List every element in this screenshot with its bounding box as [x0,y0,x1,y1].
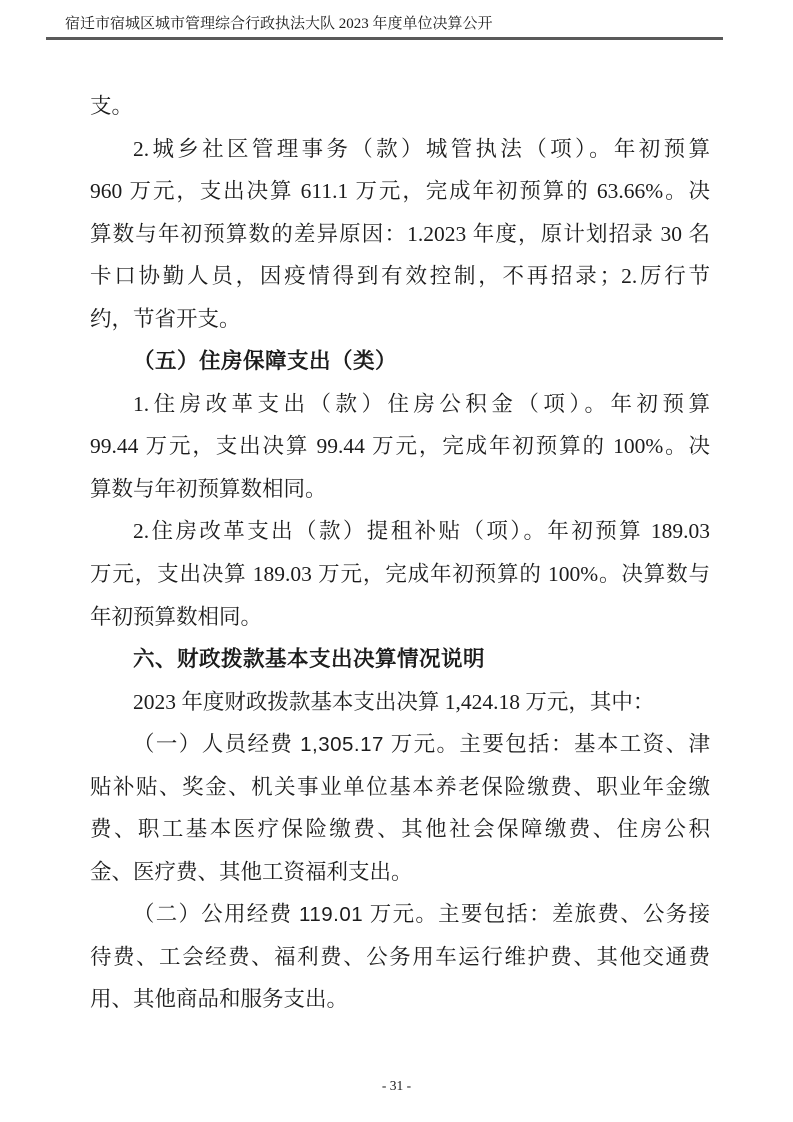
text-line: 99.44 万元，支出决算 99.44 万元，完成年初预算的 100%。决 [90,425,710,468]
text-line: 算数与年初预算数相同。 [90,468,710,511]
text-line: 贴补贴、奖金、机关事业单位基本养老保险缴费、职业年金缴 [90,766,710,809]
text-segment: 用、其他商品和服务支出。 [90,987,348,1011]
text-segment: （一）人员经费 [133,732,300,756]
text-segment: 万元。主要包括：差旅费、公务接 [363,902,710,926]
text-line: 支。 [90,85,710,128]
text-segment: 算数与年初预算数的差异原因：1.2023 年度，原计划招录 30 名 [90,222,710,246]
text-segment: 万元，支出决算 189.03 万元，完成年初预算的 100%。决算数与 [90,562,710,586]
text-line: 约，节省开支。 [90,298,710,341]
text-segment: 金、医疗费、其他工资福利支出。 [90,860,413,884]
document-page: 宿迁市宿城区城市管理综合行政执法大队 2023 年度单位决算公开 支。2.城乡社… [0,0,793,1122]
text-segment: 费、职工基本医疗保险缴费、其他社会保障缴费、住房公积 [90,817,710,841]
text-line: 卡口协勤人员，因疫情得到有效控制，不再招录；2.厉行节 [90,255,710,298]
text-segment: 六、财政拨款基本支出决算情况说明 [133,647,485,671]
text-segment: 待费、工会经费、福利费、公务用车运行维护费、其他交通费 [90,945,710,969]
text-segment: 2.城乡社区管理事务（款）城管执法（项）。年初预算 [133,137,710,161]
text-line: （一）人员经费 1,305.17 万元。主要包括：基本工资、津 [90,723,710,766]
text-segment: （五）住房保障支出（类） [133,349,397,373]
text-line: 算数与年初预算数的差异原因：1.2023 年度，原计划招录 30 名 [90,213,710,256]
document-body: 支。2.城乡社区管理事务（款）城管执法（项）。年初预算960 万元，支出决算 6… [90,85,710,1021]
text-segment: （二）公用经费 [133,902,299,926]
text-segment: 卡口协勤人员，因疫情得到有效控制，不再招录；2.厉行节 [90,264,710,288]
text-segment: 年初预算数相同。 [90,605,262,629]
text-line: 2023 年度财政拨款基本支出决算 1,424.18 万元，其中： [90,681,710,724]
text-line: 1.住房改革支出（款）住房公积金（项）。年初预算 [90,383,710,426]
text-segment: 960 万元，支出决算 611.1 万元，完成年初预算的 63.66%。决 [90,179,710,203]
text-line: 金、医疗费、其他工资福利支出。 [90,851,710,894]
text-segment: 万元。主要包括：基本工资、津 [384,732,710,756]
text-segment: 约，节省开支。 [90,307,241,331]
text-line: （二）公用经费 119.01 万元。主要包括：差旅费、公务接 [90,893,710,936]
text-segment: 1.住房改革支出（款）住房公积金（项）。年初预算 [133,392,710,416]
text-line: 960 万元，支出决算 611.1 万元，完成年初预算的 63.66%。决 [90,170,710,213]
section-heading: （五）住房保障支出（类） [90,340,710,383]
text-line: 待费、工会经费、福利费、公务用车运行维护费、其他交通费 [90,936,710,979]
section-heading: 六、财政拨款基本支出决算情况说明 [90,638,710,681]
text-segment: 99.44 万元，支出决算 99.44 万元，完成年初预算的 100%。决 [90,434,710,458]
text-line: 2.住房改革支出（款）提租补贴（项）。年初预算 189.03 [90,510,710,553]
page-header-title: 宿迁市宿城区城市管理综合行政执法大队 2023 年度单位决算公开 [65,14,493,34]
text-segment: 算数与年初预算数相同。 [90,477,327,501]
text-segment: 贴补贴、奖金、机关事业单位基本养老保险缴费、职业年金缴 [90,775,710,799]
text-segment: 支。 [90,94,133,118]
text-line: 年初预算数相同。 [90,596,710,639]
text-line: 费、职工基本医疗保险缴费、其他社会保障缴费、住房公积 [90,808,710,851]
text-line: 用、其他商品和服务支出。 [90,978,710,1021]
page-number: - 31 - [0,1078,793,1094]
text-line: 2.城乡社区管理事务（款）城管执法（项）。年初预算 [90,128,710,171]
text-line: 万元，支出决算 189.03 万元，完成年初预算的 100%。决算数与 [90,553,710,596]
amount-figure: 119.01 [299,903,363,926]
text-segment: 2.住房改革支出（款）提租补贴（项）。年初预算 189.03 [133,519,710,543]
header-rule-divider [46,37,723,40]
text-segment: 2023 年度财政拨款基本支出决算 1,424.18 万元，其中： [133,690,654,714]
amount-figure: 1,305.17 [300,733,384,756]
